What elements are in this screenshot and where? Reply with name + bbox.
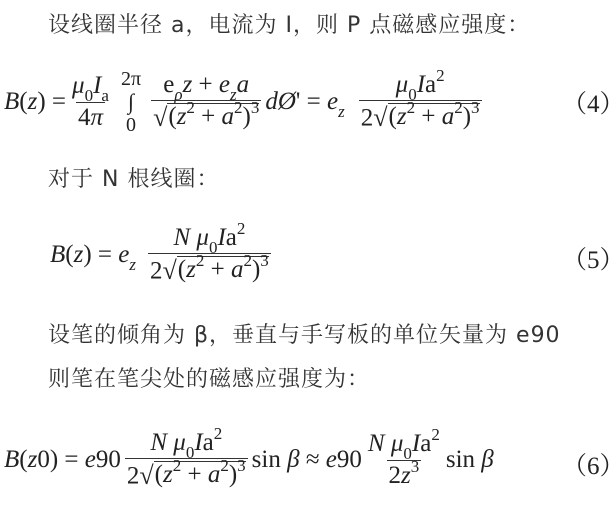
eq4-coefficient-fraction: μ0Ia 4π [70, 73, 111, 131]
integral-sign-icon: 2π ∫ 0 [121, 68, 141, 136]
paragraph-coil-setup: 设线圈半径 a，电流为 I，则 P 点磁感应强度： [48, 8, 530, 39]
equation-4: B(z) = μ0Ia 4π 2π ∫ 0 eρz + eza √(z2 + a… [4, 52, 486, 152]
eq6-trig: sin β [446, 446, 494, 474]
eq4-result-fraction: μ0Ia2 2√(z2 + a2)3 [359, 72, 482, 132]
equation-6: B(z0) = e90 N μ0Ia2 2√(z2 + a2)3 sin β ≈… [4, 410, 494, 510]
equation-5: B(z) = ez N μ0Ia2 2√(z2 + a2)3 [50, 205, 275, 305]
eq6-first-fraction: N μ0Ia2 2√(z2 + a2)3 [125, 430, 248, 490]
equation-number-5: （5） [562, 240, 615, 276]
eq6-lhs: B(z0) = e90 [4, 446, 121, 474]
eq6-approx-fraction: N μ0Ia2 2z3 [366, 431, 442, 489]
eq5-lhs: B(z) = ez [50, 241, 136, 269]
equation-number-6: （6） [562, 446, 615, 482]
eq4-integrand-fraction: eρz + eza √(z2 + a2)3 [151, 72, 261, 132]
paragraph-tip-field: 则笔在笔尖处的磁感应强度为： [48, 362, 370, 393]
paragraph-n-coils: 对于 N 根线圈： [48, 162, 219, 193]
eq4-lhs: B(z) = [4, 88, 66, 116]
eq4-differential: dØ' = ez [265, 88, 344, 116]
paragraph-pen-tilt: 设笔的倾角为 β，垂直与手写板的单位矢量为 e90 [48, 318, 561, 349]
equation-number-4: （4） [562, 84, 615, 120]
eq5-result-fraction: N μ0Ia2 2√(z2 + a2)3 [148, 225, 271, 285]
eq6-middle: sin β ≈ e90 [252, 446, 362, 474]
